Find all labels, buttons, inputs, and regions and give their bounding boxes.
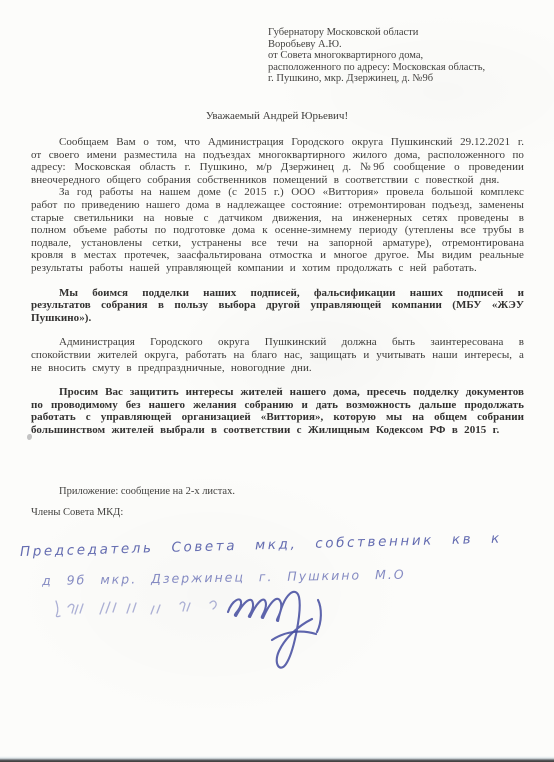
body-paragraph-5: Просим Вас защитить интересы жителей наш… (31, 386, 524, 436)
recipient-line: Воробьеву А.Ю. (268, 39, 485, 51)
salutation: Уважаемый Андрей Юрьевич! (0, 110, 554, 122)
letter-body: Сообщаем Вам о том, что Администрация Го… (31, 136, 524, 484)
handwritten-scribble-line (52, 595, 247, 623)
scanned-letter-page: Губернатору Московской области Воробьеву… (0, 0, 554, 762)
recipient-block: Губернатору Московской области Воробьеву… (268, 27, 485, 85)
signature-flourish (222, 578, 340, 680)
attachment-note: Приложение: сообщение на 2-х листах. (59, 486, 235, 497)
handwritten-line-1: Председатель Совета мкд, собственник кв … (20, 531, 502, 560)
recipient-line: от Совета многоквартирного дома, (268, 50, 485, 62)
scan-bottom-edge (0, 756, 554, 762)
body-paragraph-1: Сообщаем Вам о том, что Администрация Го… (31, 136, 524, 186)
body-paragraph-3: Мы боимся подделки наших подписей, фальс… (31, 287, 524, 325)
recipient-line: расположенного по адресу: Московская обл… (268, 62, 485, 74)
body-paragraph-2: За год работы на нашем доме (с 2015 г.) … (31, 186, 524, 274)
body-paragraph-4: Администрация Городского округа Пушкинск… (31, 336, 524, 374)
recipient-line: г. Пушкино, мкр. Дзержинец, д. №9б (268, 73, 485, 85)
signatories-label: Члены Совета МКД: (31, 507, 123, 518)
recipient-line: Губернатору Московской области (268, 27, 485, 39)
